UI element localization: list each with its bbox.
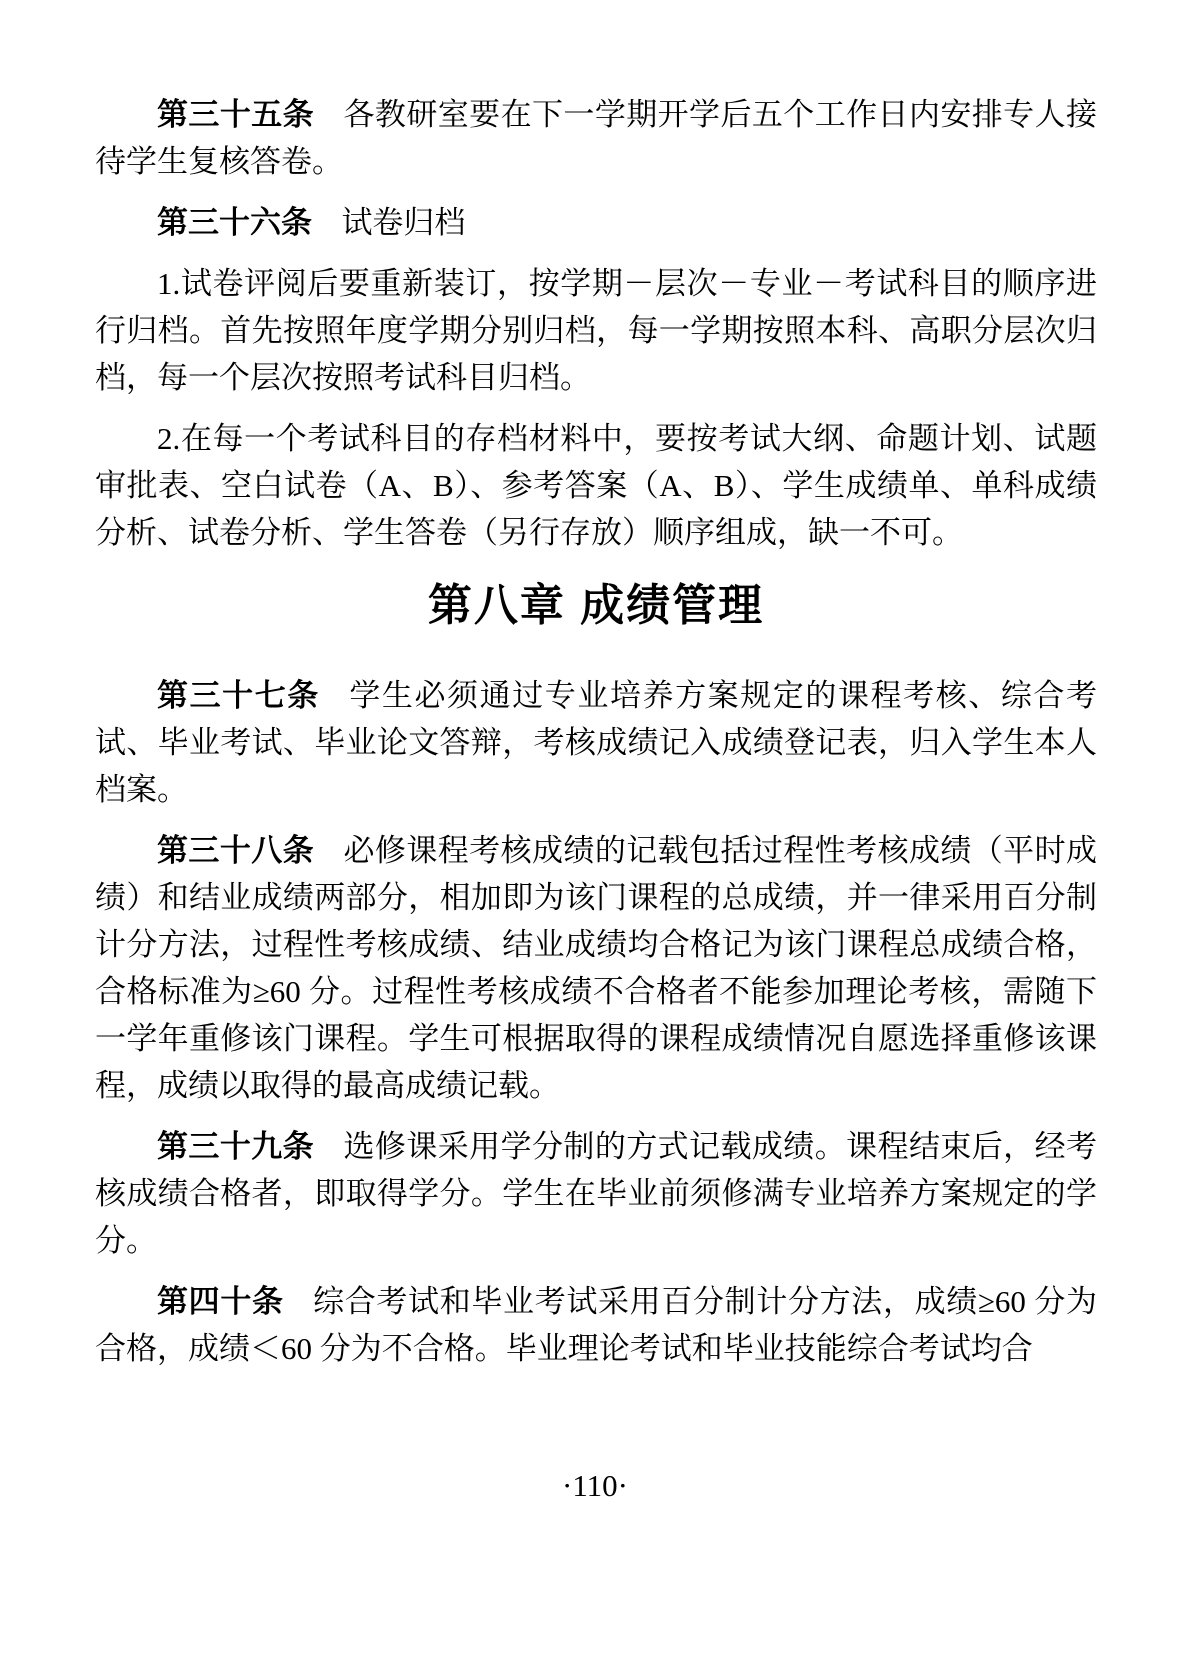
article-39-number: 第三十九条 (157, 1129, 314, 1164)
article-36-text: 试卷归档 (341, 205, 465, 240)
paragraph-article-38: 第三十八条必修课程考核成绩的记载包括过程性考核成绩（平时成绩）和结业成绩两部分，… (95, 827, 1097, 1109)
paragraph-item-2: 2.在每一个考试科目的存档材料中，要按考试大纲、命题计划、试题审批表、空白试卷（… (95, 415, 1097, 556)
article-38-text: 必修课程考核成绩的记载包括过程性考核成绩（平时成绩）和结业成绩两部分，相加即为该… (95, 833, 1097, 1103)
document-page: 第三十五条各教研室要在下一学期开学后五个工作日内安排专人接待学生复核答卷。 第三… (0, 0, 1190, 1670)
article-36-number: 第三十六条 (157, 205, 312, 240)
paragraph-article-35: 第三十五条各教研室要在下一学期开学后五个工作日内安排专人接待学生复核答卷。 (95, 91, 1097, 185)
article-37-number: 第三十七条 (157, 678, 320, 713)
chapter-heading: 第八章 成绩管理 (95, 578, 1097, 634)
paragraph-article-39: 第三十九条选修课采用学分制的方式记载成绩。课程结束后，经考核成绩合格者，即取得学… (95, 1123, 1097, 1264)
paragraph-article-36: 第三十六条试卷归档 (95, 199, 1097, 246)
page-number: ·110· (0, 1466, 1190, 1506)
item-1-text: 1.试卷评阅后要重新装订，按学期－层次－专业－考试科目的顺序进行归档。首先按照年… (95, 266, 1097, 395)
paragraph-article-37: 第三十七条学生必须通过专业培养方案规定的课程考核、综合考试、毕业考试、毕业论文答… (95, 672, 1097, 813)
article-35-number: 第三十五条 (157, 97, 314, 132)
article-38-number: 第三十八条 (157, 833, 314, 868)
paragraph-article-40: 第四十条综合考试和毕业考试采用百分制计分方法，成绩≥60 分为合格，成绩＜60 … (95, 1278, 1097, 1372)
item-2-text: 2.在每一个考试科目的存档材料中，要按考试大纲、命题计划、试题审批表、空白试卷（… (95, 421, 1097, 550)
article-40-number: 第四十条 (157, 1284, 284, 1319)
paragraph-item-1: 1.试卷评阅后要重新装订，按学期－层次－专业－考试科目的顺序进行归档。首先按照年… (95, 260, 1097, 401)
